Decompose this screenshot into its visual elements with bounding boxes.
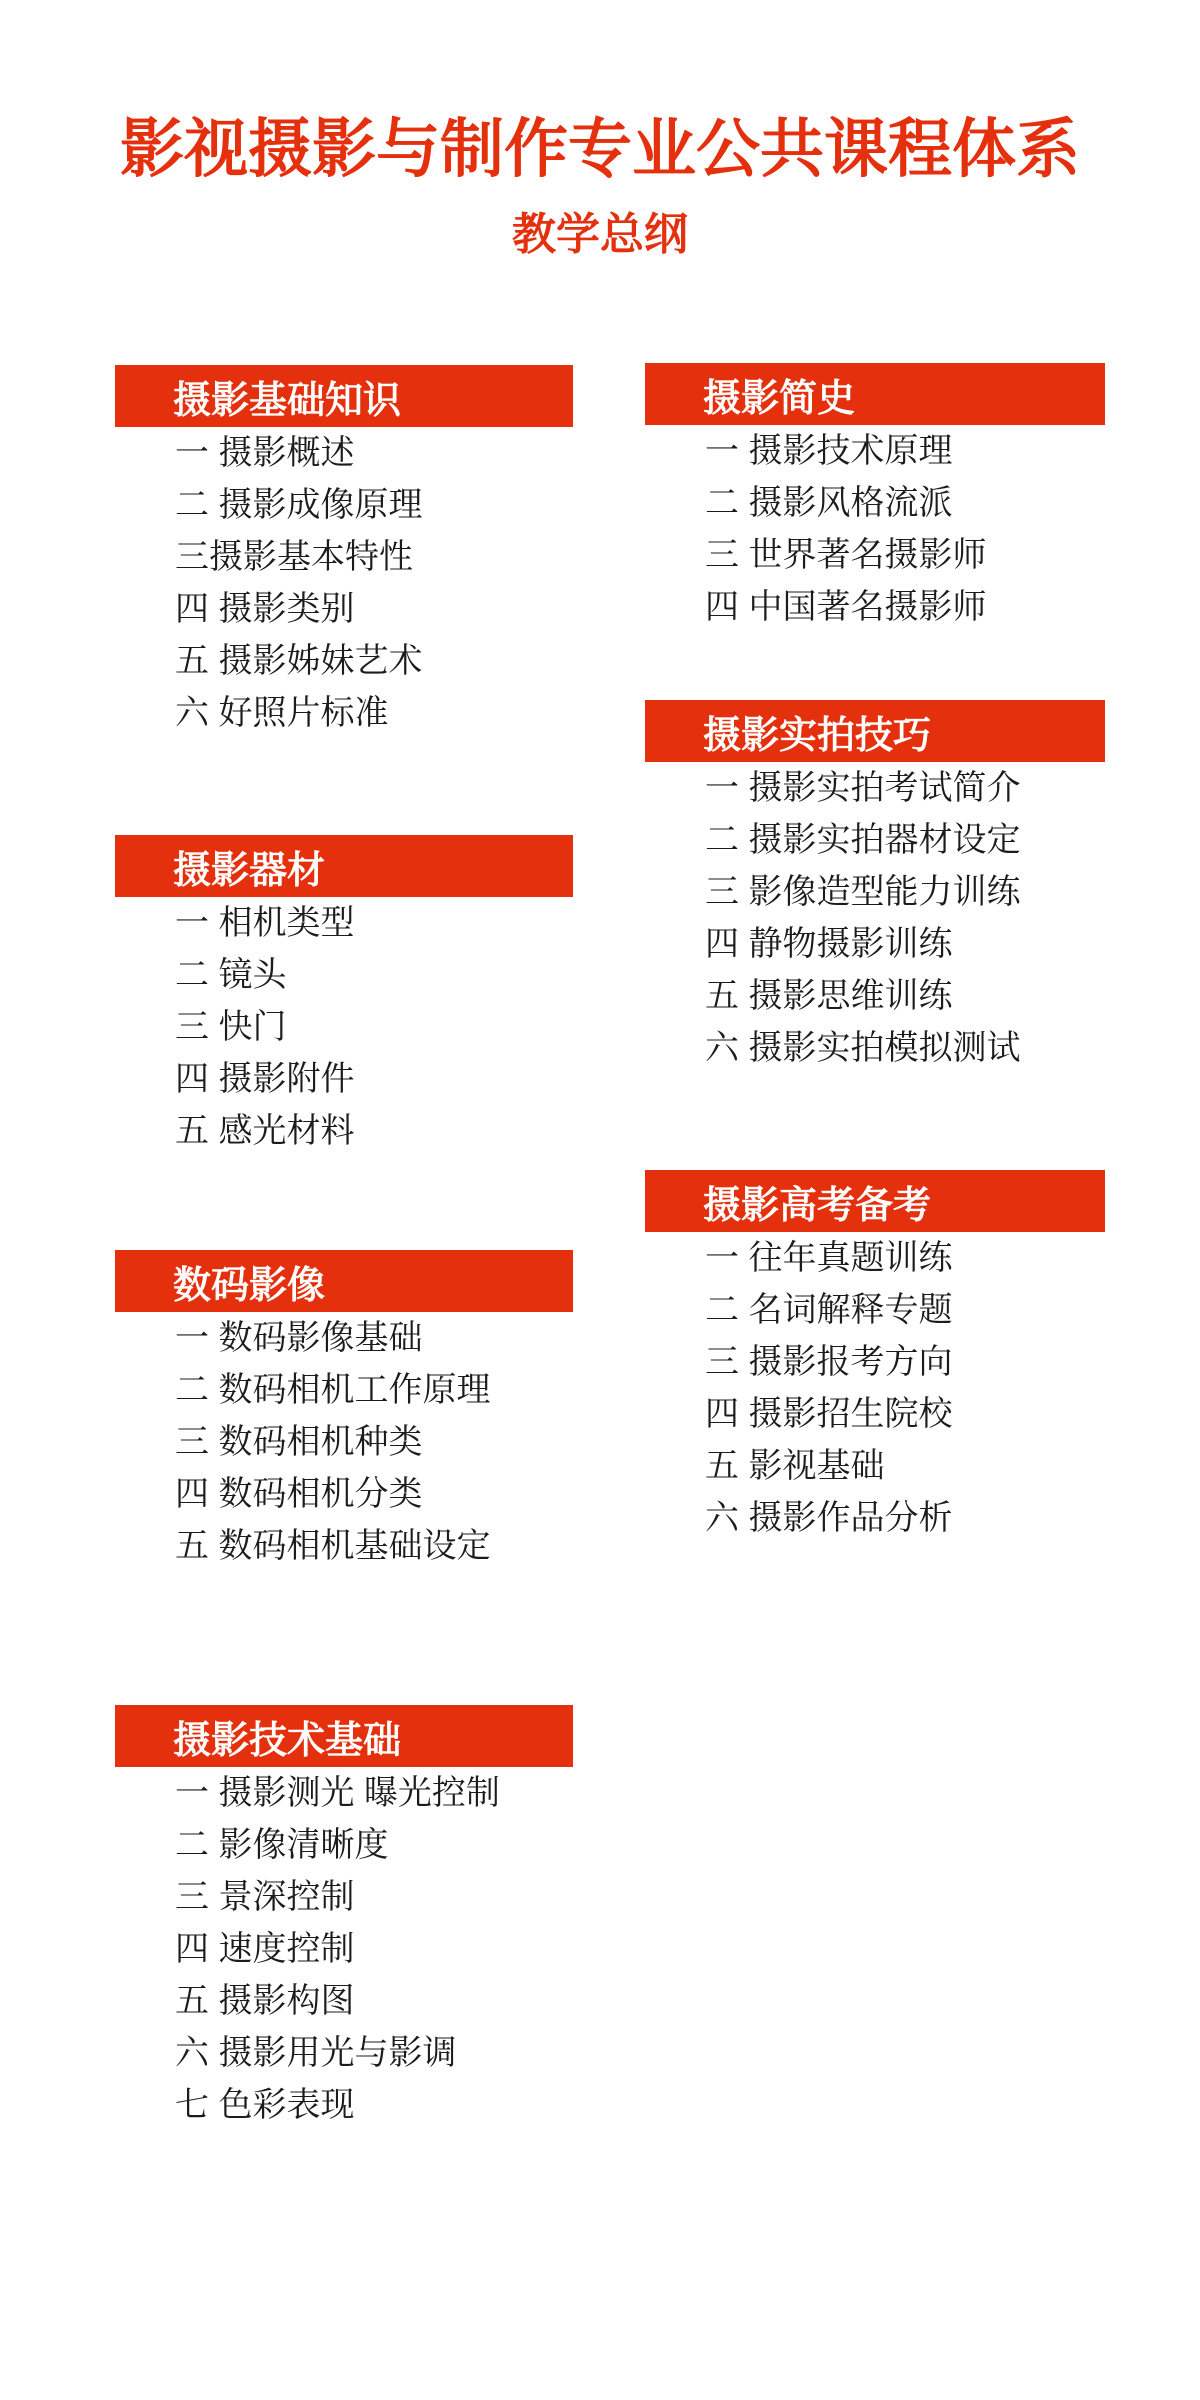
course-item: 一 摄影实拍考试简介 <box>705 762 1105 814</box>
course-list: 一 数码影像基础 二 数码相机工作原理 三 数码相机种类 四 数码相机分类 五 … <box>115 1312 573 1572</box>
section-header-photo-equipment: 摄影器材 <box>115 835 573 897</box>
course-item: 三 影像造型能力训练 <box>705 866 1105 918</box>
course-item: 一 摄影技术原理 <box>705 425 1105 477</box>
course-item: 一 摄影测光 曝光控制 <box>175 1767 573 1819</box>
course-list: 一 摄影技术原理 二 摄影风格流派 三 世界著名摄影师 四 中国著名摄影师 <box>645 425 1105 633</box>
course-item: 四 摄影附件 <box>175 1053 573 1105</box>
section-header-digital-imaging: 数码影像 <box>115 1250 573 1312</box>
page-subtitle: 教学总纲 <box>0 198 1200 262</box>
course-item: 三 数码相机种类 <box>175 1416 573 1468</box>
section-shooting-skills: 摄影实拍技巧 一 摄影实拍考试简介 二 摄影实拍器材设定 三 影像造型能力训练 … <box>645 700 1105 1074</box>
section-exam-prep: 摄影高考备考 一 往年真题训练 二 名词解释专题 三 摄影报考方向 四 摄影招生… <box>645 1170 1105 1544</box>
syllabus-poster: 影视摄影与制作专业公共课程体系 教学总纲 摄影基础知识 一 摄影概述 二 摄影成… <box>0 0 1200 2400</box>
page-title: 影视摄影与制作专业公共课程体系 <box>0 116 1200 183</box>
course-item: 六 好照片标准 <box>175 687 573 739</box>
course-item: 五 摄影姊妹艺术 <box>175 635 573 687</box>
course-item: 四 数码相机分类 <box>175 1468 573 1520</box>
course-item: 六 摄影用光与影调 <box>175 2027 573 2079</box>
course-list: 一 往年真题训练 二 名词解释专题 三 摄影报考方向 四 摄影招生院校 五 影视… <box>645 1232 1105 1544</box>
course-item: 五 数码相机基础设定 <box>175 1520 573 1572</box>
course-item: 二 镜头 <box>175 949 573 1001</box>
course-item: 二 影像清晰度 <box>175 1819 573 1871</box>
section-header-photo-tech-basics: 摄影技术基础 <box>115 1705 573 1767</box>
course-item: 五 摄影构图 <box>175 1975 573 2027</box>
section-header-exam-prep: 摄影高考备考 <box>645 1170 1105 1232</box>
course-list: 一 相机类型 二 镜头 三 快门 四 摄影附件 五 感光材料 <box>115 897 573 1157</box>
course-list: 一 摄影实拍考试简介 二 摄影实拍器材设定 三 影像造型能力训练 四 静物摄影训… <box>645 762 1105 1074</box>
course-item: 三摄影基本特性 <box>175 531 573 583</box>
course-item: 四 静物摄影训练 <box>705 918 1105 970</box>
section-photo-tech-basics: 摄影技术基础 一 摄影测光 曝光控制 二 影像清晰度 三 景深控制 四 速度控制… <box>115 1705 573 2131</box>
course-item: 二 摄影风格流派 <box>705 477 1105 529</box>
course-item: 一 相机类型 <box>175 897 573 949</box>
course-item: 二 数码相机工作原理 <box>175 1364 573 1416</box>
course-item: 五 感光材料 <box>175 1105 573 1157</box>
section-header-photo-basics: 摄影基础知识 <box>115 365 573 427</box>
section-photo-history: 摄影简史 一 摄影技术原理 二 摄影风格流派 三 世界著名摄影师 四 中国著名摄… <box>645 363 1105 633</box>
course-list: 一 摄影概述 二 摄影成像原理 三摄影基本特性 四 摄影类别 五 摄影姊妹艺术 … <box>115 427 573 739</box>
course-item: 六 摄影作品分析 <box>705 1492 1105 1544</box>
section-photo-equipment: 摄影器材 一 相机类型 二 镜头 三 快门 四 摄影附件 五 感光材料 <box>115 835 573 1157</box>
section-header-photo-history: 摄影简史 <box>645 363 1105 425</box>
course-item: 四 摄影招生院校 <box>705 1388 1105 1440</box>
course-list: 一 摄影测光 曝光控制 二 影像清晰度 三 景深控制 四 速度控制 五 摄影构图… <box>115 1767 573 2131</box>
course-item: 四 中国著名摄影师 <box>705 581 1105 633</box>
course-item: 三 世界著名摄影师 <box>705 529 1105 581</box>
course-item: 三 景深控制 <box>175 1871 573 1923</box>
course-item: 二 名词解释专题 <box>705 1284 1105 1336</box>
course-item: 七 色彩表现 <box>175 2079 573 2131</box>
course-item: 三 快门 <box>175 1001 573 1053</box>
course-item: 四 速度控制 <box>175 1923 573 1975</box>
section-photo-basics: 摄影基础知识 一 摄影概述 二 摄影成像原理 三摄影基本特性 四 摄影类别 五 … <box>115 365 573 739</box>
course-item: 一 摄影概述 <box>175 427 573 479</box>
section-digital-imaging: 数码影像 一 数码影像基础 二 数码相机工作原理 三 数码相机种类 四 数码相机… <box>115 1250 573 1572</box>
course-item: 六 摄影实拍模拟测试 <box>705 1022 1105 1074</box>
course-item: 三 摄影报考方向 <box>705 1336 1105 1388</box>
course-item: 五 摄影思维训练 <box>705 970 1105 1022</box>
course-item: 五 影视基础 <box>705 1440 1105 1492</box>
course-item: 二 摄影实拍器材设定 <box>705 814 1105 866</box>
course-item: 四 摄影类别 <box>175 583 573 635</box>
course-item: 一 数码影像基础 <box>175 1312 573 1364</box>
course-item: 一 往年真题训练 <box>705 1232 1105 1284</box>
course-item: 二 摄影成像原理 <box>175 479 573 531</box>
section-header-shooting-skills: 摄影实拍技巧 <box>645 700 1105 762</box>
